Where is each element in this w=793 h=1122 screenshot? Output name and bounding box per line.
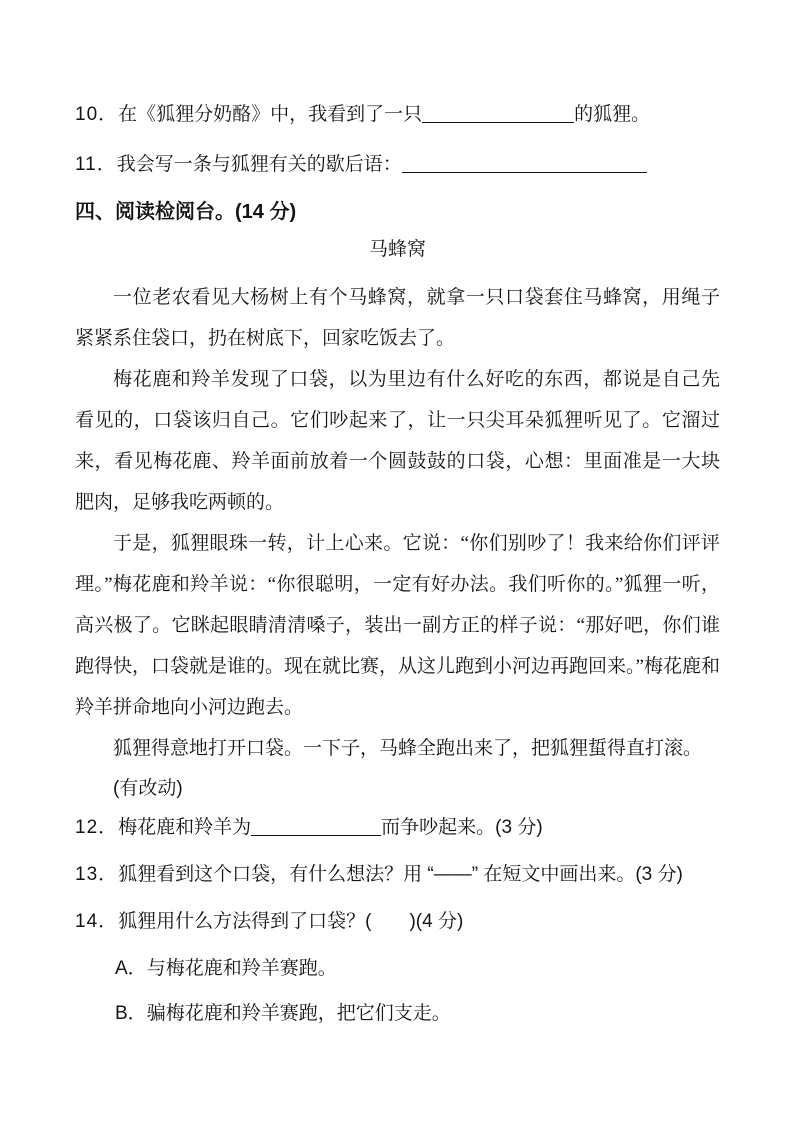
question-10-answer-blank (422, 103, 574, 123)
option-a-label: A． (115, 958, 147, 979)
option-a: A．与梅花鹿和羚羊赛跑。 (75, 957, 720, 981)
question-14: 14．狐狸用什么方法得到了口袋？( )(4 分) (75, 910, 720, 934)
question-13-number: 13． (75, 864, 118, 885)
option-b-label: B． (115, 1003, 147, 1024)
passage-paragraph-1: 一位老农看见大杨树上有个马蜂窝，就拿一只口袋套住马蜂窝，用绳子紧紧系住袋口，扔在… (75, 277, 720, 359)
question-12: 12．梅花鹿和羚羊为而争吵起来。(3 分) (75, 813, 720, 840)
reading-passage: 马蜂窝 一位老农看见大杨树上有个马蜂窝，就拿一只口袋套住马蜂窝，用绳子紧紧系住袋… (75, 237, 720, 809)
question-12-number: 12． (75, 817, 118, 838)
passage-paragraph-4: 狐狸得意地打开口袋。一下子，马蜂全跑出来了，把狐狸蜇得直打滚。 (75, 728, 720, 769)
question-12-answer-blank (251, 816, 381, 836)
passage-paragraph-3: 于是，狐狸眼珠一转，计上心来。它说：“你们别吵了！我来给你们评评理。”梅花鹿和羚… (75, 523, 720, 728)
question-14-text: 狐狸用什么方法得到了口袋？( )(4 分) (118, 911, 463, 932)
question-11-answer-blank (402, 153, 647, 173)
question-11-text: 我会写一条与狐狸有关的歇后语： (117, 154, 402, 175)
question-10-number: 10． (75, 104, 118, 125)
section-heading: 四、阅读检阅台。(14 分) (75, 200, 720, 225)
question-12-text-pre: 梅花鹿和羚羊为 (118, 817, 251, 838)
option-a-text: 与梅花鹿和羚羊赛跑。 (147, 958, 337, 979)
question-11: 11．我会写一条与狐狸有关的歇后语： (75, 150, 720, 177)
option-b: B．骗梅花鹿和羚羊赛跑，把它们支走。 (75, 1002, 720, 1026)
question-13: 13．狐狸看到这个口袋，有什么想法？用 “——” 在短文中画出来。(3 分) (75, 863, 720, 887)
passage-paragraph-2: 梅花鹿和羚羊发现了口袋，以为里边有什么好吃的东西，都说是自己先看见的，口袋该归自… (75, 359, 720, 523)
question-14-number: 14． (75, 911, 118, 932)
question-13-text: 狐狸看到这个口袋，有什么想法？用 “——” 在短文中画出来。(3 分) (118, 864, 683, 885)
question-12-text-post: 而争吵起来。(3 分) (381, 817, 543, 838)
option-b-text: 骗梅花鹿和羚羊赛跑，把它们支走。 (147, 1003, 451, 1024)
question-10-text-post: 的狐狸。 (574, 104, 650, 125)
question-11-number: 11． (75, 154, 117, 175)
worksheet-page: 10．在《狐狸分奶酪》中，我看到了一只的狐狸。 11．我会写一条与狐狸有关的歇后… (0, 0, 793, 1122)
passage-title: 马蜂窝 (75, 237, 720, 263)
question-10: 10．在《狐狸分奶酪》中，我看到了一只的狐狸。 (75, 100, 720, 127)
question-10-text-pre: 在《狐狸分奶酪》中，我看到了一只 (118, 104, 422, 125)
passage-note: (有改动) (75, 769, 720, 809)
